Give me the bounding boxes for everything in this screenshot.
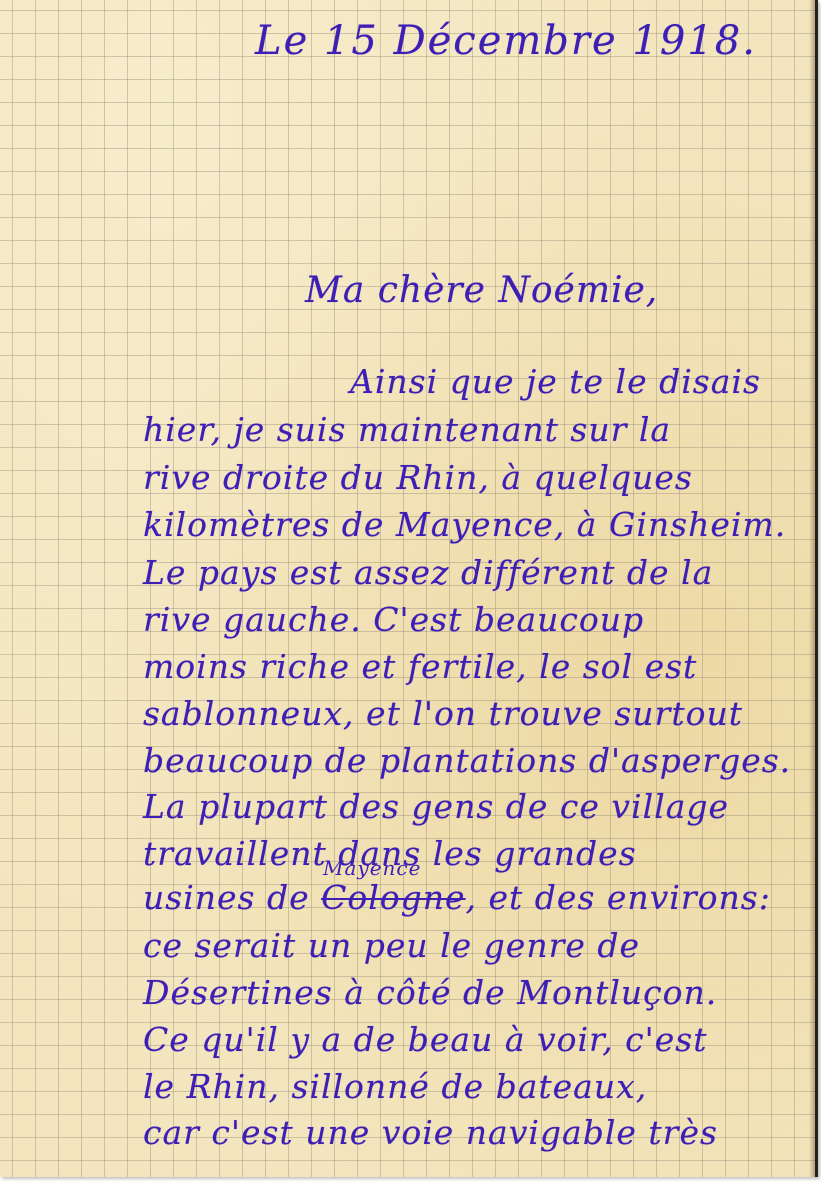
letter-line: Désertines à côté de Montluçon. bbox=[143, 973, 717, 1012]
letter-line: La plupart des gens de ce village bbox=[143, 787, 729, 826]
letter-line: car c'est une voie navigable très bbox=[143, 1113, 718, 1152]
letter-line: Ainsi que je te le disais bbox=[350, 362, 761, 401]
letter-line: beaucoup de plantations d'asperges. bbox=[143, 741, 791, 780]
letter-line: Ce qu'il y a de beau à voir, c'est bbox=[143, 1020, 707, 1059]
letter-line: rive droite du Rhin, à quelques bbox=[143, 458, 693, 497]
letter-line-end: , et des environs: bbox=[466, 878, 771, 917]
letter-line: le Rhin, sillonné de bateaux, bbox=[143, 1067, 647, 1106]
letter-line-start: usines de bbox=[143, 878, 321, 917]
letter-line: kilomètres de Mayence, à Ginsheim. bbox=[143, 505, 786, 544]
letter-line: rive gauche. C'est beaucoup bbox=[143, 600, 644, 639]
letter-line: moins riche et fertile, le sol est bbox=[143, 647, 697, 686]
letter-line: ce serait un peu le genre de bbox=[143, 926, 640, 965]
letter-salutation: Ma chère Noémie, bbox=[305, 270, 658, 311]
letter-line-with-correction: usines de Cologne, et des environs: bbox=[143, 878, 771, 917]
letter-line: sablonneux, et l'on trouve surtout bbox=[143, 694, 743, 733]
inserted-correction: Mayence bbox=[323, 856, 421, 880]
letter-date: Le 15 Décembre 1918. bbox=[255, 18, 757, 64]
letter-page: Le 15 Décembre 1918. Ma chère Noémie, Ai… bbox=[0, 0, 818, 1177]
letter-line: hier, je suis maintenant sur la bbox=[143, 410, 671, 449]
page-edge-shadow bbox=[809, 0, 815, 1177]
letter-line: Le pays est assez différent de la bbox=[143, 553, 713, 592]
struck-word: Cologne bbox=[321, 878, 465, 917]
